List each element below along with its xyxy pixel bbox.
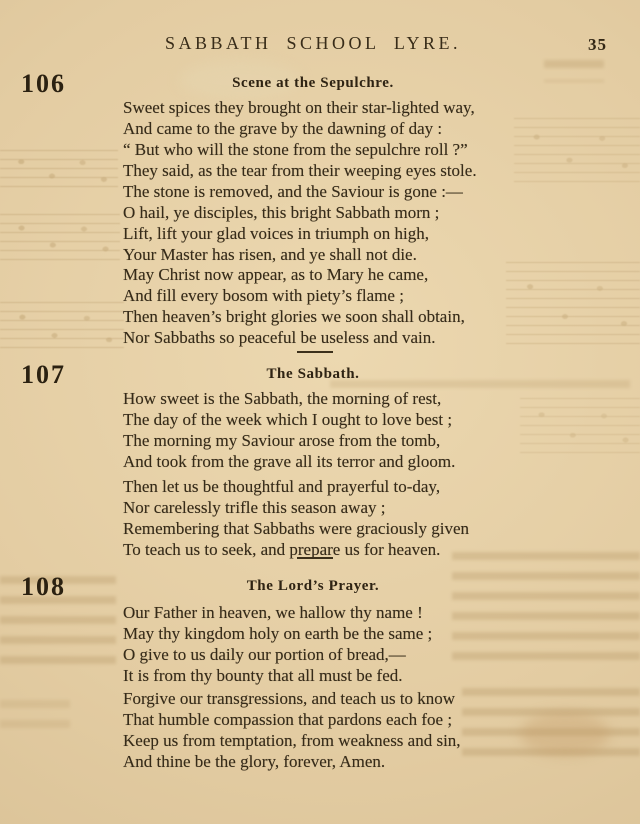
verse-line: Forgive our transgressions, and teach us… — [123, 688, 593, 709]
stanza: Then let us be thoughtful and prayerful … — [123, 476, 593, 560]
verse-line: “ But who will the stone from the sepulc… — [123, 139, 593, 160]
verse-line: O hail, ye disciples, this bright Sabbat… — [123, 202, 593, 223]
verse-line: Our Father in heaven, we hallow thy name… — [123, 602, 593, 623]
verse-line: May thy kingdom holy on earth be the sam… — [123, 623, 593, 644]
verse-line: Keep us from temptation, from weakness a… — [123, 730, 593, 751]
scanned-hymnbook-page: SABBATH SCHOOL LYRE. 35 106 Scene at the… — [0, 0, 640, 824]
verse-line: Remembering that Sabbaths were graciousl… — [123, 518, 593, 539]
stanza: May Christ now appear, as to Mary he cam… — [123, 264, 593, 348]
show-through-text — [0, 700, 70, 740]
hymn-title: The Lord’s Prayer. — [0, 578, 626, 595]
hymn-title: Scene at the Sepulchre. — [0, 75, 626, 92]
verse-line: Nor Sabbaths so peaceful be useless and … — [123, 327, 593, 348]
verse-line: How sweet is the Sabbath, the morning of… — [123, 388, 593, 409]
stanza: How sweet is the Sabbath, the morning of… — [123, 388, 593, 472]
show-through-music-staff — [0, 302, 124, 356]
stanza: The stone is removed, and the Saviour is… — [123, 181, 593, 265]
verse-line: The day of the week which I ought to lov… — [123, 409, 593, 430]
verse-line: May Christ now appear, as to Mary he cam… — [123, 264, 593, 285]
verse-line: And thine be the glory, forever, Amen. — [123, 751, 593, 772]
show-through-music-staff — [0, 214, 120, 264]
verse-line: O give to us daily our portion of bread,… — [123, 644, 593, 665]
verse-line: Sweet spices they brought on their star-… — [123, 97, 593, 118]
show-through-music-staff — [0, 150, 118, 192]
running-header: SABBATH SCHOOL LYRE. — [0, 33, 626, 54]
verse-line: Lift, lift your glad voices in triumph o… — [123, 223, 593, 244]
verse-line: And fill every bosom with piety’s flame … — [123, 285, 593, 306]
section-divider — [297, 557, 333, 559]
stanza: Sweet spices they brought on their star-… — [123, 97, 593, 181]
section-divider — [297, 351, 333, 353]
verse-line: That humble compassion that pardons each… — [123, 709, 593, 730]
verse-line: The stone is removed, and the Saviour is… — [123, 181, 593, 202]
verse-line: And took from the grave all its terror a… — [123, 451, 593, 472]
hymn-title: The Sabbath. — [0, 366, 626, 383]
verse-line: And came to the grave by the dawning of … — [123, 118, 593, 139]
stanza: Our Father in heaven, we hallow thy name… — [123, 602, 593, 686]
stanza: Forgive our transgressions, and teach us… — [123, 688, 593, 772]
verse-line: Your Master has risen, and ye shall not … — [123, 244, 593, 265]
verse-line: To teach us to seek, and prepare us for … — [123, 539, 593, 560]
verse-line: Nor carelessly trifle this season away ; — [123, 497, 593, 518]
page-number: 35 — [588, 35, 607, 55]
verse-line: They said, as the tear from their weepin… — [123, 160, 593, 181]
verse-line: Then let us be thoughtful and prayerful … — [123, 476, 593, 497]
verse-line: The morning my Saviour arose from the to… — [123, 430, 593, 451]
verse-line: Then heaven’s bright glories we soon sha… — [123, 306, 593, 327]
verse-line: It is from thy bounty that all must be f… — [123, 665, 593, 686]
